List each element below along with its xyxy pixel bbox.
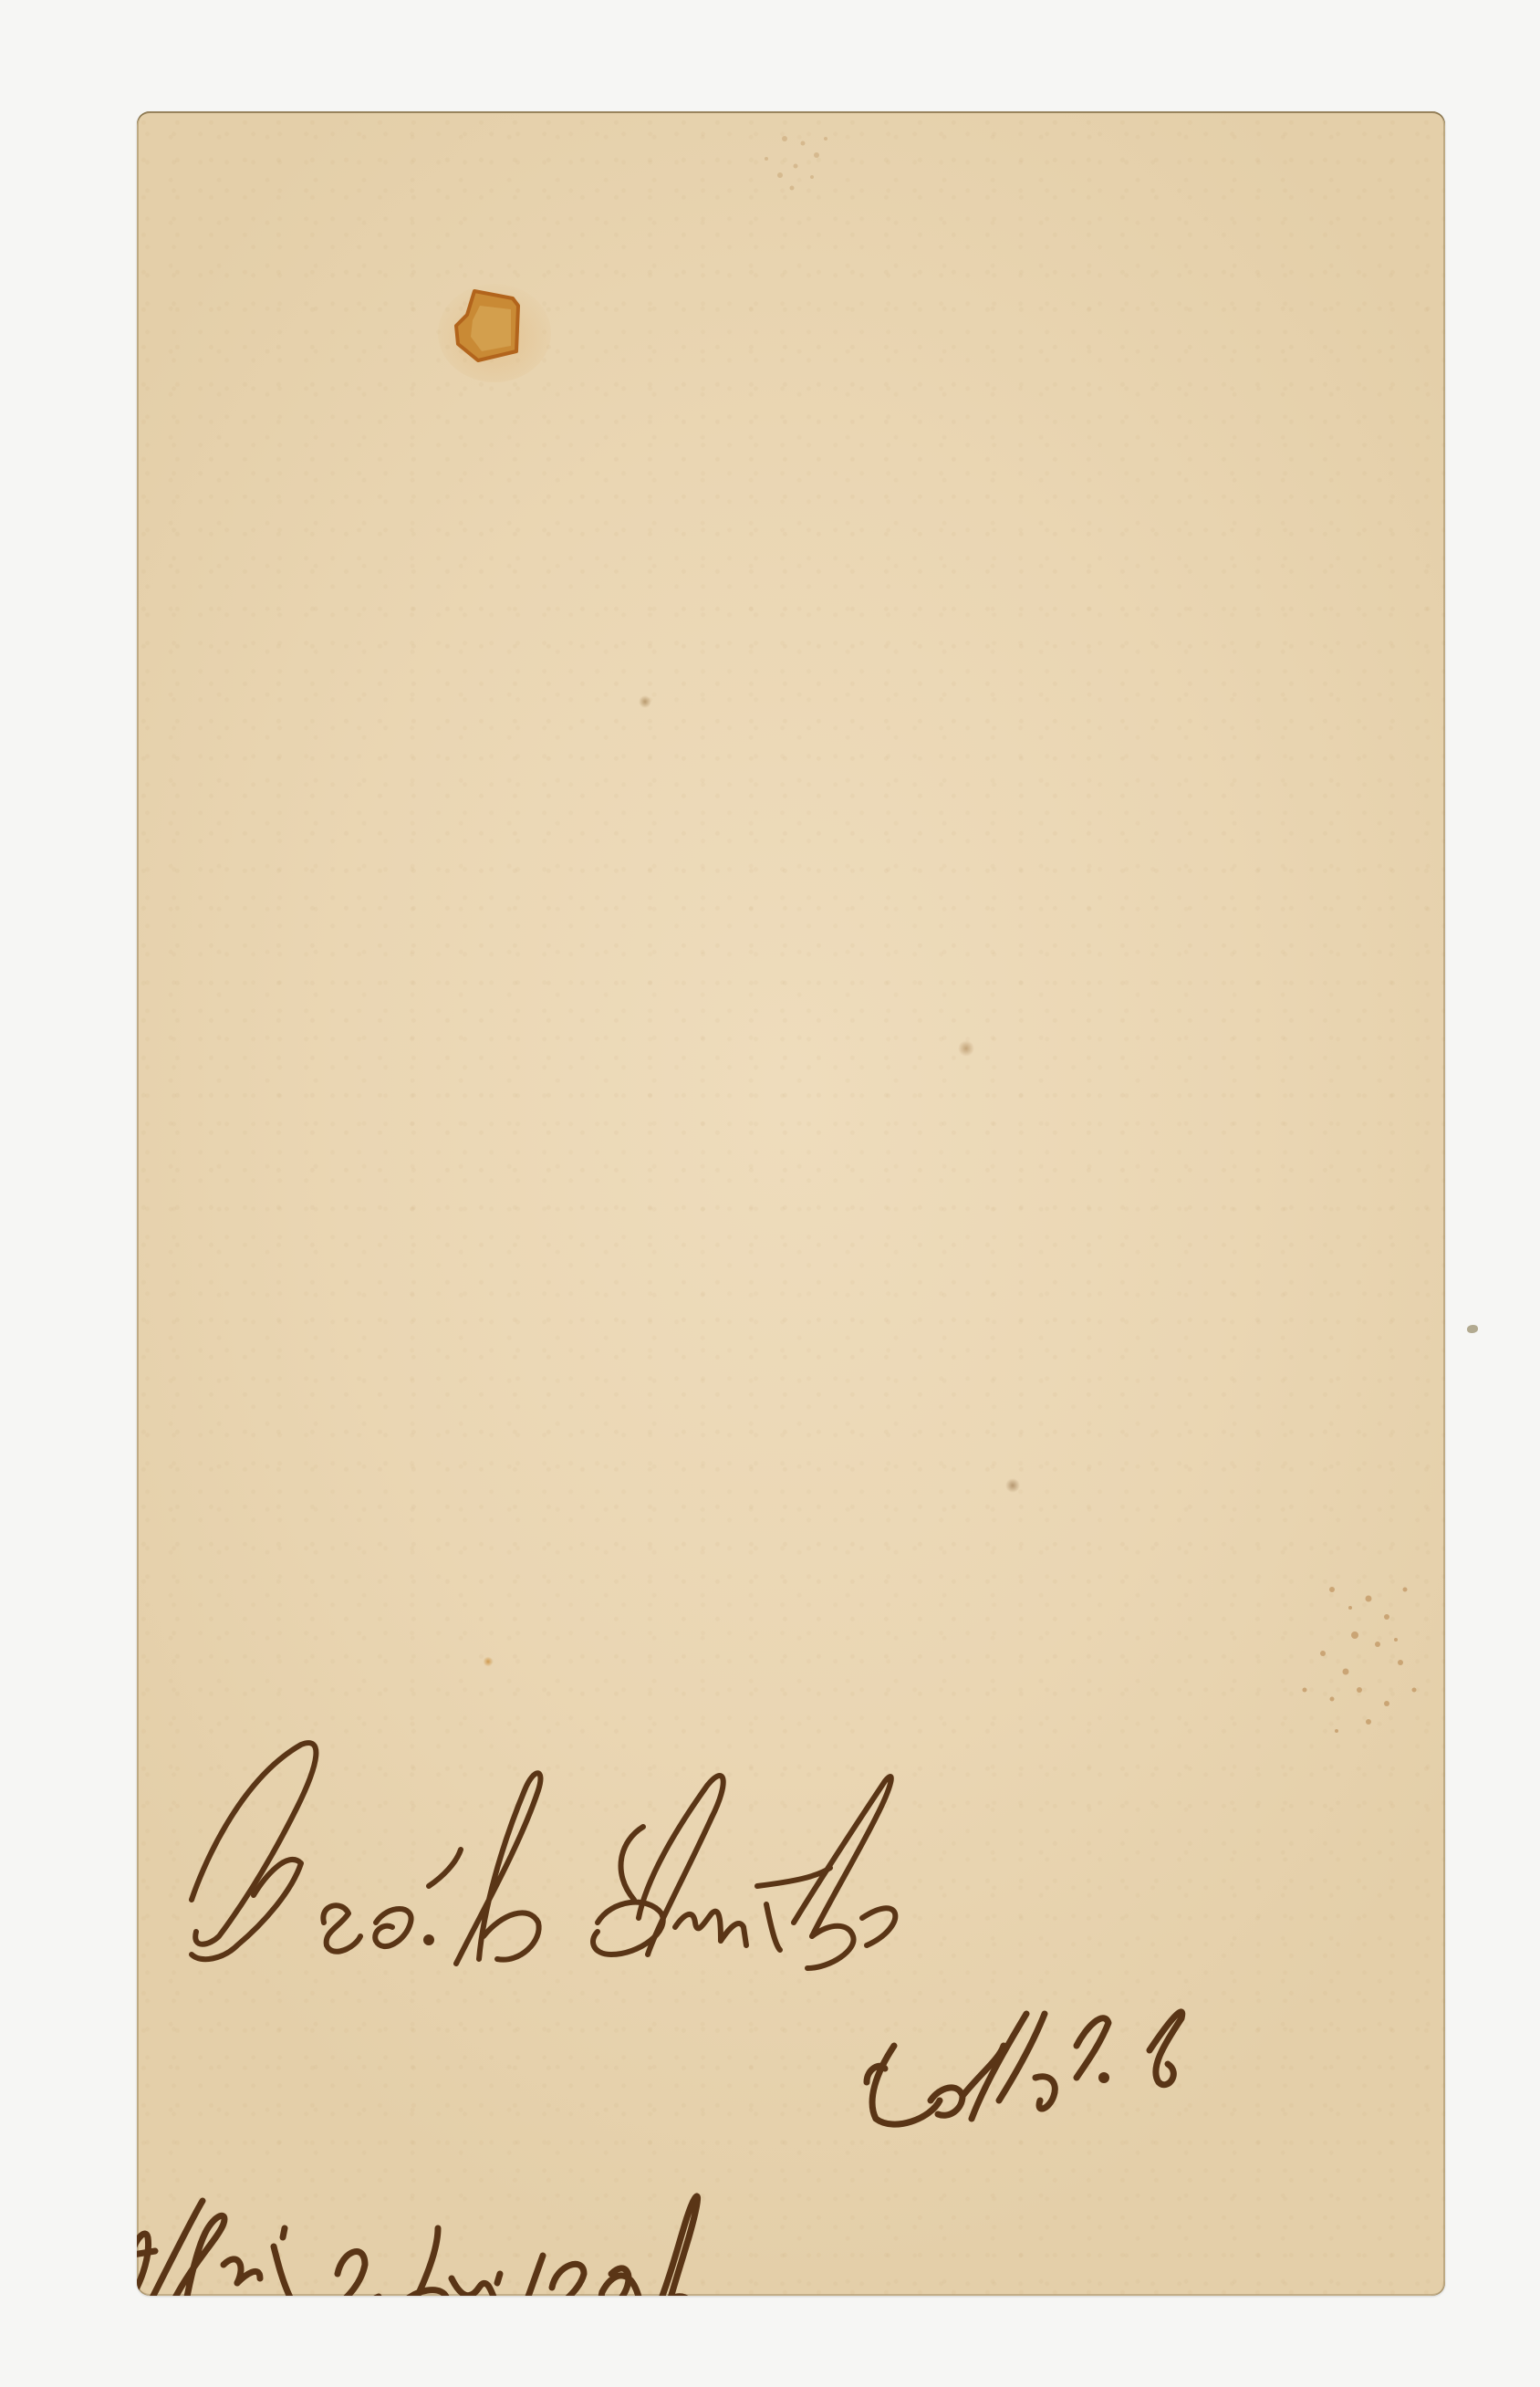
photo-card-back: Geo. H. Smith Capt. C. S. 1st Brig 2 Div… [137, 111, 1445, 2296]
ink-letter-h [429, 1773, 540, 1964]
adhesive-stain [438, 280, 552, 382]
handwritten-inscription [137, 111, 1445, 2296]
dust-speck [1467, 1325, 1478, 1333]
ink-line-unit [137, 2196, 698, 2296]
foxing-spot [639, 695, 651, 708]
ink-words-capt-cs [867, 2012, 1182, 2124]
inscription-transcription: Geo. H. Smith Capt. C. S. 1st Brig 2 Div… [137, 111, 138, 112]
foxing-spot [484, 1656, 493, 1667]
ink-word-geo [192, 1743, 434, 1959]
fingerprint-foxing [730, 111, 894, 221]
scan-background: Geo. H. Smith Capt. C. S. 1st Brig 2 Div… [0, 0, 1540, 2387]
inscription-line-name: Geo. H. Smith [137, 111, 138, 112]
foxing-spot [958, 1040, 974, 1057]
foxing-spot [1005, 1478, 1020, 1493]
ink-word-smith [593, 1776, 895, 1968]
fingerprint-foxing [1268, 1553, 1445, 1772]
